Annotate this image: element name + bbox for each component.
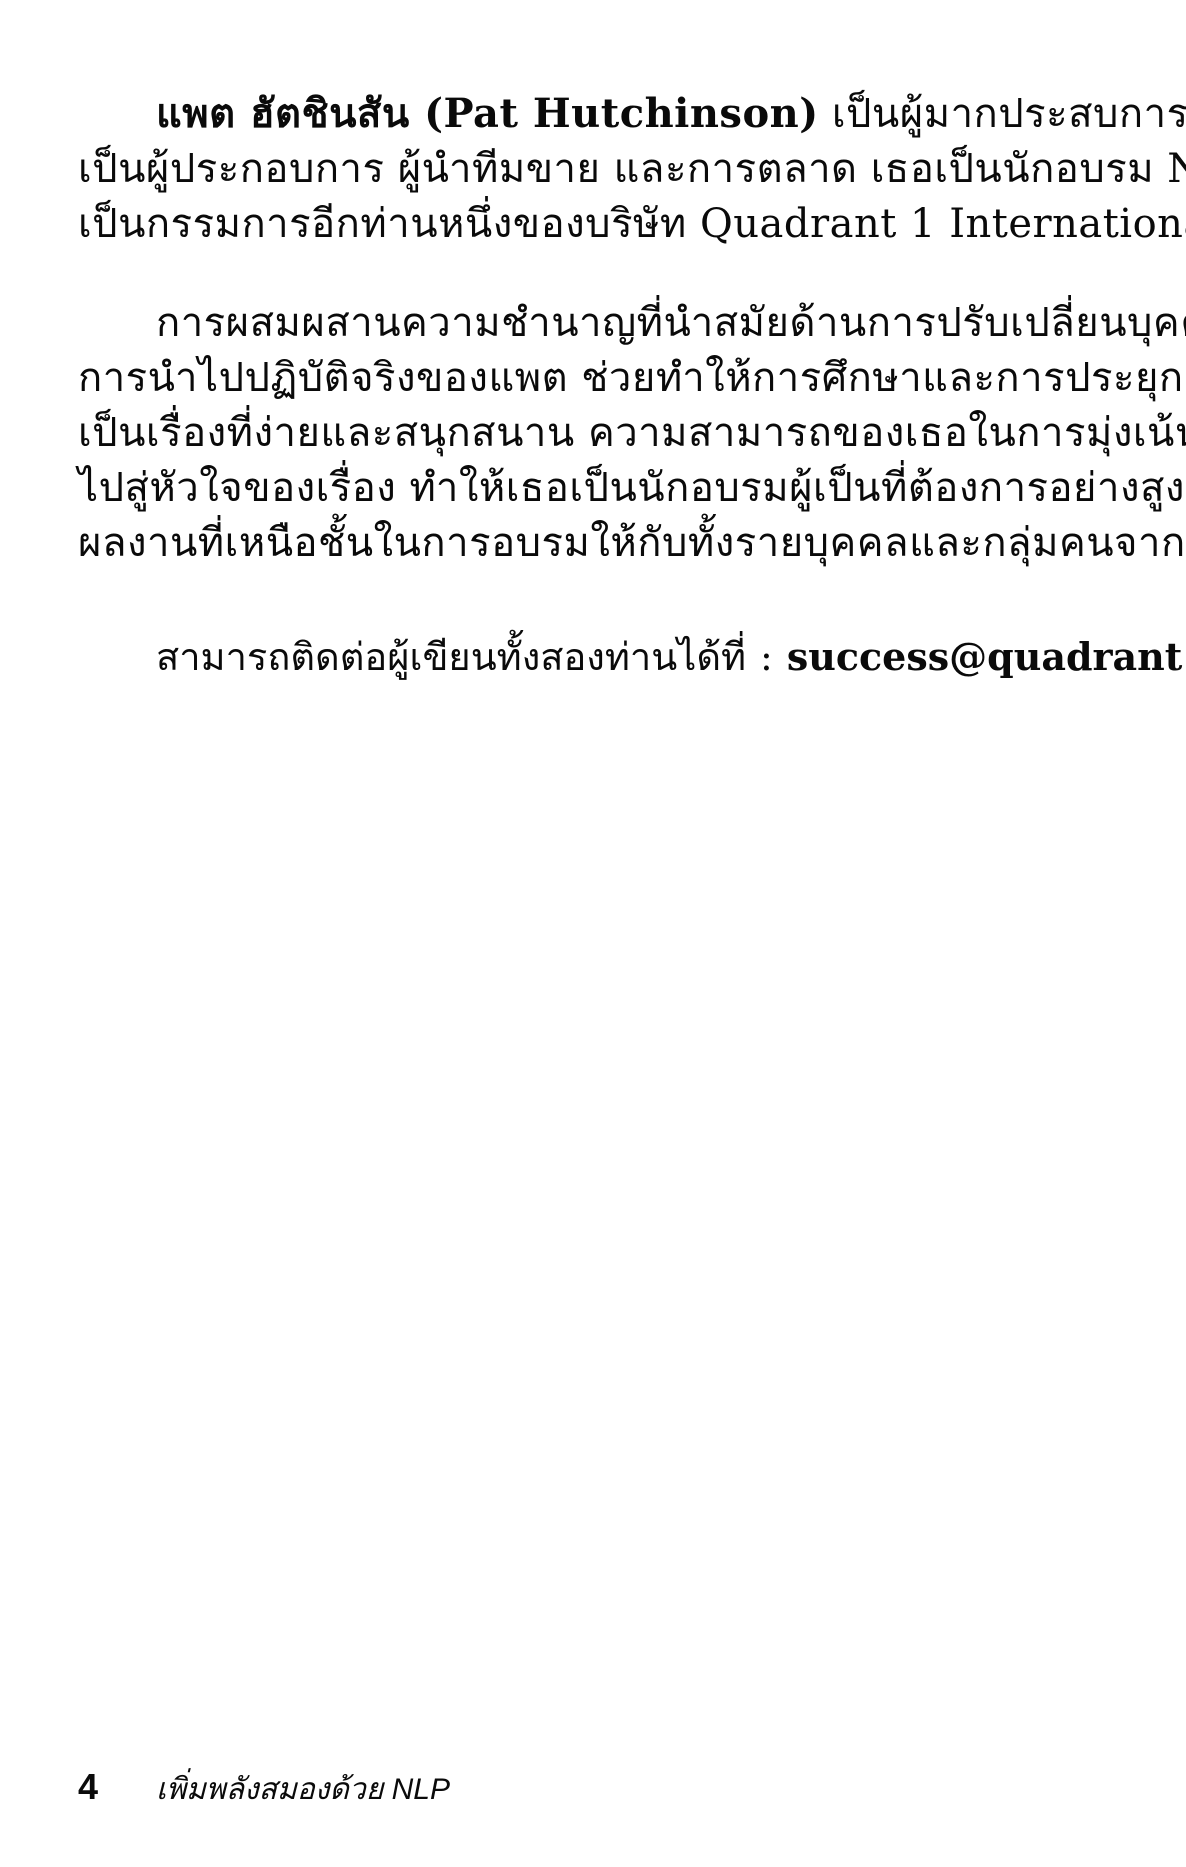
contact-prefix: สามารถติดต่อผู้เขียนทั้งสองท่านได้ที่ xyxy=(156,635,746,679)
expertise-paragraph: การผสมผสานความชำนาญที่นำสมัยด้านการปรับเ… xyxy=(78,296,1102,571)
bio-line-1-rest: เป็นผู้มากประสบการณ์ในการ xyxy=(832,91,1186,137)
book-title: เพิ่มพลังสมองด้วย NLP xyxy=(156,1766,450,1813)
contact-separator: : xyxy=(746,635,787,679)
expertise-line-5: ผลงานที่เหนือชั้นในการอบรมให้กับทั้งรายบ… xyxy=(78,516,1102,571)
expertise-line-1: การผสมผสานความชำนาญที่นำสมัยด้านการปรับเ… xyxy=(78,296,1102,351)
bio-line-1: แพต ฮัตชินสัน (Pat Hutchinson) เป็นผู้มา… xyxy=(78,86,1102,142)
bio-line-2: เป็นผู้ประกอบการ ผู้นำทีมขาย และการตลาด … xyxy=(78,142,1102,197)
page-content: แพต ฮัตชินสัน (Pat Hutchinson) เป็นผู้มา… xyxy=(78,86,1102,685)
contact-email: success@quadrant1.com xyxy=(787,634,1186,679)
author-name-bold: แพต ฮัตชินสัน (Pat Hutchinson) xyxy=(156,90,819,137)
bio-line-3: เป็นกรรมการอีกท่านหนึ่งของบริษัท Quadran… xyxy=(78,197,1102,252)
author-bio-paragraph: แพต ฮัตชินสัน (Pat Hutchinson) เป็นผู้มา… xyxy=(78,86,1102,252)
contact-line: สามารถติดต่อผู้เขียนทั้งสองท่านได้ที่:su… xyxy=(78,629,1102,685)
footer: 4 เพิ่มพลังสมองด้วย NLP xyxy=(78,1766,450,1813)
expertise-line-2: การนำไปปฏิบัติจริงของแพต ช่วยทำให้การศึก… xyxy=(78,351,1102,406)
expertise-line-3: เป็นเรื่องที่ง่ายและสนุกสนาน ความสามารถข… xyxy=(78,406,1102,461)
book-page: แพต ฮัตชินสัน (Pat Hutchinson) เป็นผู้มา… xyxy=(0,0,1186,1867)
page-number: 4 xyxy=(78,1766,98,1808)
expertise-line-4: ไปสู่หัวใจของเรื่อง ทำให้เธอเป็นนักอบรมผ… xyxy=(78,461,1102,516)
